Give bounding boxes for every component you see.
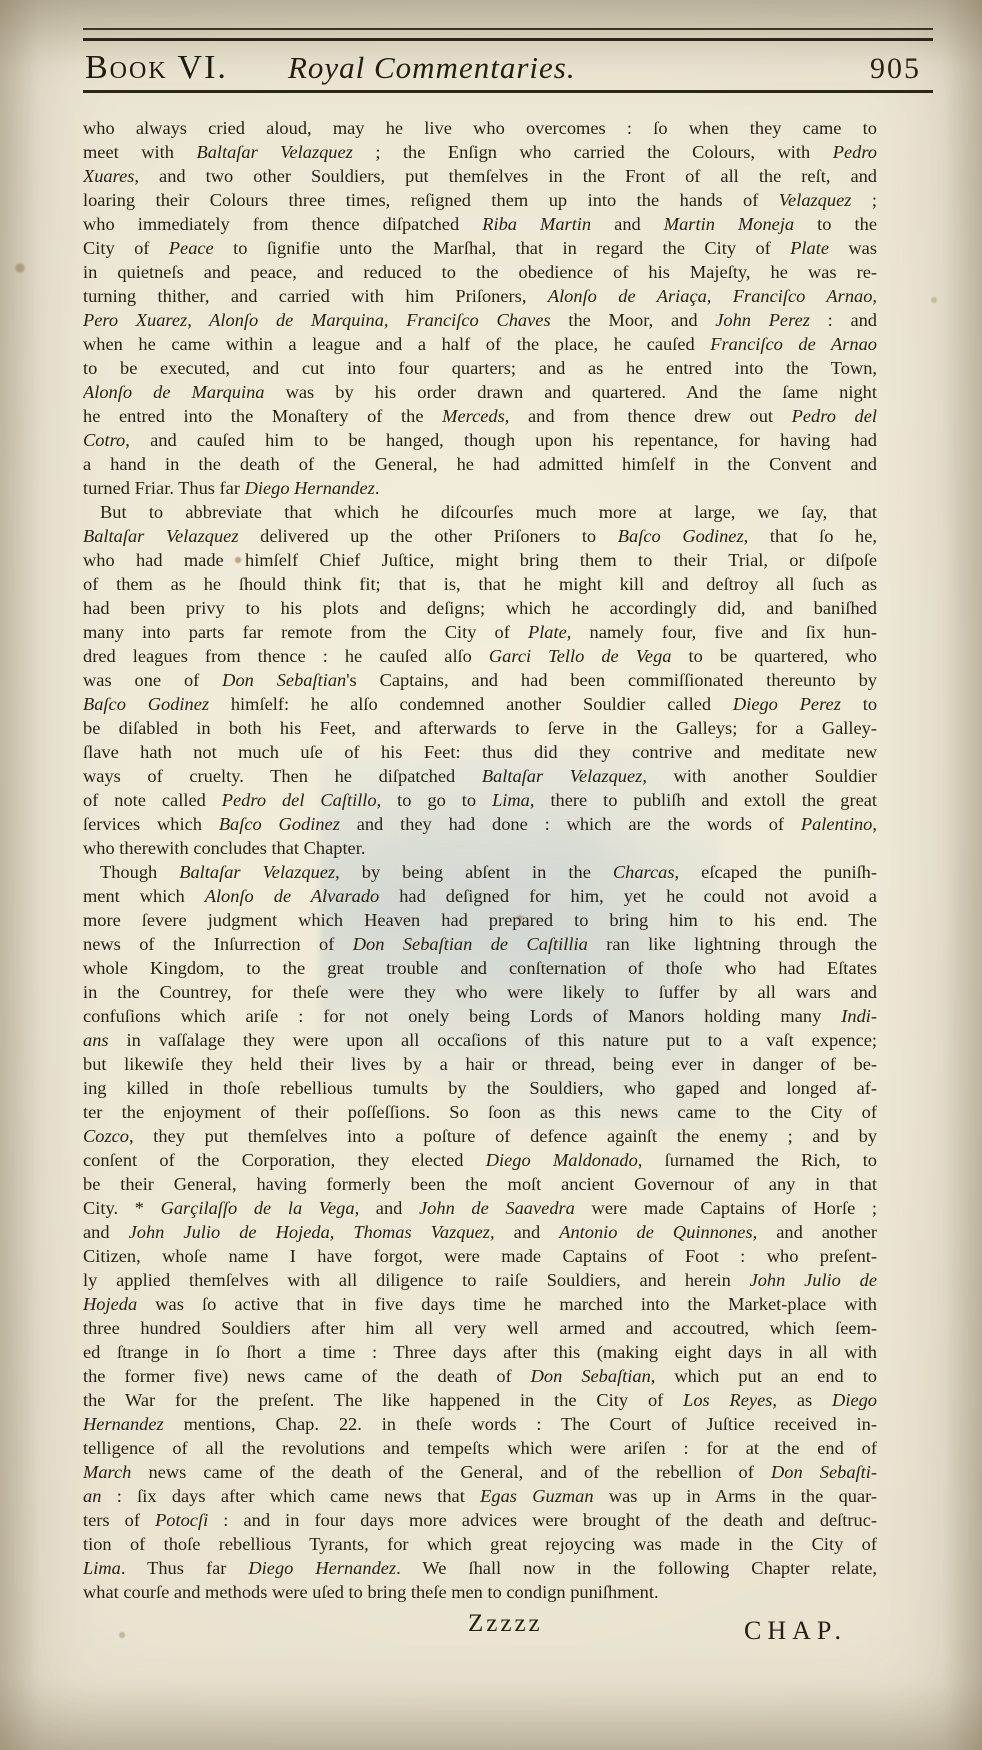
text-line: many into parts far remote from the City… [83, 620, 877, 644]
text-line: the former five) news came of the death … [83, 1364, 877, 1388]
text-line: the War for the preſent. The like happen… [83, 1388, 877, 1412]
page-footer: Zzzzz CHAP. [83, 1610, 877, 1650]
text-line: ing killed in thoſe rebellious tumults b… [83, 1076, 877, 1100]
text-line: in the Countrey, for theſe were they who… [83, 980, 877, 1004]
text-line: what courſe and methods were uſed to bri… [83, 1580, 877, 1604]
text-line: who therewith concludes that Chapter. [83, 836, 877, 860]
text-line: meet with Baltaſar Velazquez ; the Enſig… [83, 140, 877, 164]
text-line: Pero Xuarez, Alonſo de Marquina, Franciſ… [83, 308, 877, 332]
text-line: ters of Potocſi : and in four days more … [83, 1508, 877, 1532]
text-line: a hand in the death of the General, he h… [83, 452, 877, 476]
text-line: dred leagues from thence : he cauſed alſ… [83, 644, 877, 668]
text-line: City of Peace to ſignifie unto the Marſh… [83, 236, 877, 260]
text-line: Xuares, and two other Souldiers, put the… [83, 164, 877, 188]
text-line: more ſevere judgment which Heaven had pr… [83, 908, 877, 932]
text-line: who always cried aloud, may he live who … [83, 116, 877, 140]
text-line: to be executed, and cut into four quarte… [83, 356, 877, 380]
text-line: telligence of all the revolutions and te… [83, 1436, 877, 1460]
text-line: who immediately from thence diſpatched R… [83, 212, 877, 236]
text-line: turning thither, and carried with him Pr… [83, 284, 877, 308]
text-line: be their General, having formerly been t… [83, 1172, 877, 1196]
text-line: But to abbreviate that which he diſcourſ… [83, 500, 877, 524]
header-row: Book VI. Royal Commentaries. 905 [83, 41, 933, 89]
text-line: had been privy to his plots and deſigns;… [83, 596, 877, 620]
text-line: an : ſix days after which came news that… [83, 1484, 877, 1508]
page-number: 905 [870, 52, 933, 86]
text-line: Lima. Thus far Diego Hernandez. We ſhall… [83, 1556, 877, 1580]
book-page: Book VI. Royal Commentaries. 905 who alw… [0, 0, 982, 1750]
text-line: be diſabled in both his Feet, and afterw… [83, 716, 877, 740]
text-line: Though Baltaſar Velazquez, by being abſe… [83, 860, 877, 884]
text-line: tion of thoſe rebellious Tyrants, for wh… [83, 1532, 877, 1556]
text-line: ter the enjoyment of their poſſeſſions. … [83, 1100, 877, 1124]
text-line: whole Kingdom, to the great trouble and … [83, 956, 877, 980]
text-line: news of the Inſurrection of Don Sebaſtia… [83, 932, 877, 956]
text-line: ſlave hath not much uſe of his Feet: thu… [83, 740, 877, 764]
text-line: turned Friar. Thus far Diego Hernandez. [83, 476, 877, 500]
text-line: City. * Garçilaſſo de la Vega, and John … [83, 1196, 877, 1220]
text-line: ment which Alonſo de Alvarado had deſign… [83, 884, 877, 908]
text-line: March news came of the death of the Gene… [83, 1460, 877, 1484]
text-line: Citizen, whoſe name I have forgot, were … [83, 1244, 877, 1268]
text-line: of note called Pedro del Caſtillo, to go… [83, 788, 877, 812]
text-line: ly applied themſelves with all diligence… [83, 1268, 877, 1292]
text-line: who had made himſelf Chief Juſtice, migh… [83, 548, 877, 572]
text-line: Cozco, they put themſelves into a poſtur… [83, 1124, 877, 1148]
text-line: of them as he ſhould think fit; that is,… [83, 572, 877, 596]
text-line: Hernandez mentions, Chap. 22. in theſe w… [83, 1412, 877, 1436]
text-line: ans in vaſſalage they were upon all occa… [83, 1028, 877, 1052]
header-top-double-rule [83, 28, 933, 41]
text-line: Baſco Godinez himſelf: he alſo condemned… [83, 692, 877, 716]
text-line: three hundred Souldiers after him all ve… [83, 1316, 877, 1340]
text-line: ways of cruelty. Then he diſpatched Balt… [83, 764, 877, 788]
text-line: Alonſo de Marquina was by his order draw… [83, 380, 877, 404]
text-line: confuſions which ariſe : for not onely b… [83, 1004, 877, 1028]
catchword-chap: CHAP. [744, 1616, 847, 1646]
text-line: Cotro, and cauſed him to be hanged, thou… [83, 428, 877, 452]
text-line: he entred into the Monaſtery of the Merc… [83, 404, 877, 428]
signature-mark: Zzzzz [468, 1610, 543, 1638]
text-line: and John Julio de Hojeda, Thomas Vazquez… [83, 1220, 877, 1244]
text-line: when he came within a league and a half … [83, 332, 877, 356]
text-line: in quietneſs and peace, and reduced to t… [83, 260, 877, 284]
text-line: ſervices which Baſco Godinez and they ha… [83, 812, 877, 836]
running-title: Royal Commentaries. [288, 50, 576, 86]
text-line: Baltaſar Velazquez delivered up the othe… [83, 524, 877, 548]
text-line: but likewiſe they held their lives by a … [83, 1052, 877, 1076]
text-line: was one of Don Sebaſtian's Captains, and… [83, 668, 877, 692]
page-header: Book VI. Royal Commentaries. 905 [83, 28, 933, 93]
text-line: loaring their Colours three times, reſig… [83, 188, 877, 212]
body-text: who always cried aloud, may he live who … [83, 116, 877, 1604]
book-label: Book VI. [85, 49, 228, 87]
text-line: conſent of the Corporation, they elected… [83, 1148, 877, 1172]
header-bottom-rule [83, 90, 933, 93]
text-line: Hojeda was ſo active that in five days t… [83, 1292, 877, 1316]
text-line: ed ſtrange in ſo ſhort a time : Three da… [83, 1340, 877, 1364]
